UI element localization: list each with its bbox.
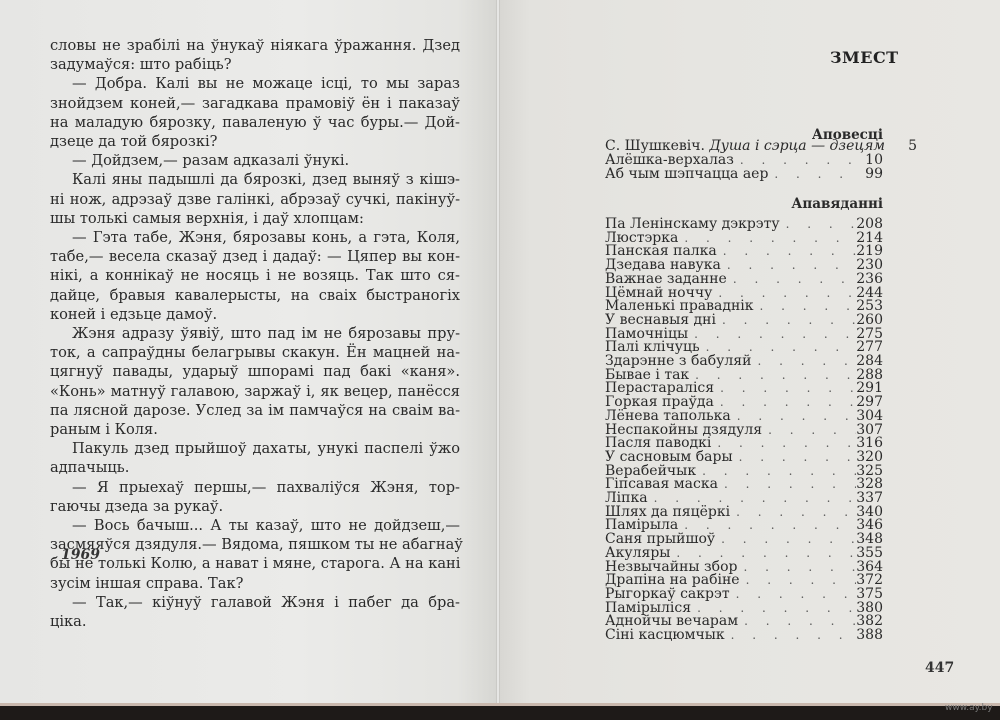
- toc-page-number: 5: [891, 138, 917, 154]
- toc-entry: Аб чым шэпчацца аер. . . . . . . . . . .…: [605, 166, 883, 182]
- text-line: — Я прыехаў першы,— пахваліўся Жэня, тор…: [50, 478, 460, 497]
- toc-page-number: 99: [857, 166, 883, 182]
- toc-entry-title: Аб чым шэпчацца аер: [605, 166, 768, 182]
- text-line: дайце, бравыя кавалерысты, на сваіх быст…: [50, 286, 460, 305]
- book-spread: словы не зрабілі на ўнукаў ніякага ўража…: [0, 0, 1000, 705]
- text-line: бы не толькі Колю, а нават і мяне, старо…: [50, 554, 460, 573]
- text-line: знойдзем коней,— загадкава прамовіў ён і…: [50, 94, 460, 113]
- watermark: www.ay.by: [945, 703, 993, 713]
- leader-dots: . . . . . . . . . . . . . . . . . .: [725, 627, 857, 643]
- page-bottom-edge: [0, 703, 1000, 706]
- text-line: Жэня адразу ўявіў, што пад ім не бярозав…: [50, 324, 460, 343]
- text-line: зусім іншая справа. Так?: [50, 574, 460, 593]
- leader-dots: . . . . . . . . . . . . . . . . . .: [768, 166, 857, 182]
- text-line: шы толькі самыя верхнія, і даў хлопцам:: [50, 209, 460, 228]
- text-line: — Дойдзем,— разам адказалі ўнукі.: [50, 151, 460, 170]
- text-line: па лясной дарозе. Услед за ім памчаўся н…: [50, 401, 460, 420]
- text-line: — Гэта табе, Жэня, бярозавы конь, а гэта…: [50, 228, 460, 247]
- toc-entry: Сіні касцюмчык. . . . . . . . . . . . . …: [605, 627, 883, 643]
- text-line: коней і едзьце дамоў.: [50, 305, 460, 324]
- toc-page-number: 388: [856, 627, 883, 643]
- text-line: гаючы дзеда за рукаў.: [50, 497, 460, 516]
- text-line: цягнуў павады, ударыў шпорамі пад бакі «…: [50, 362, 460, 381]
- text-line: табе,— весела сказаў дзед і дадаў: — Цяп…: [50, 247, 460, 266]
- text-line: ні нож, адрэзаў дзве галінкі, абрэзаў су…: [50, 190, 460, 209]
- toc-entry-title: Сіні касцюмчык: [605, 627, 725, 643]
- text-line: раным і Коля.: [50, 420, 460, 439]
- text-line: засмяяўся дзядуля.— Вядома, пяшком ты не…: [50, 535, 460, 554]
- text-line: Калі яны падышлі да бярозкі, дзед выняў …: [50, 170, 460, 189]
- text-line: ток, а сапраўдны белагрывы скакун. Ён ма…: [50, 343, 460, 362]
- text-line: — Так,— кіўнуў галавой Жэня і пабег да б…: [50, 593, 460, 612]
- text-line: нікі, а коннікаў не носяць і не возяць. …: [50, 266, 460, 285]
- toc-section-heading: Аповесці: [812, 127, 883, 143]
- text-line: — Вось бачыш... А ты казаў, што не дойдз…: [50, 516, 460, 535]
- text-line: на маладую бярозку, паваленую ў час буры…: [50, 113, 460, 132]
- year-mark: 1969: [61, 547, 100, 563]
- text-line: задумаўся: што рабіць?: [50, 55, 460, 74]
- text-line: Пакуль дзед прыйшоў дахаты, унукі паспел…: [50, 439, 460, 458]
- story-text: словы не зрабілі на ўнукаў ніякага ўража…: [50, 36, 460, 631]
- toc-title: ЗМЕСТ: [830, 48, 899, 67]
- page-number: 447: [925, 660, 954, 676]
- toc-section-heading: Апавяданні: [791, 196, 883, 212]
- text-line: словы не зрабілі на ўнукаў ніякага ўража…: [50, 36, 460, 55]
- text-line: «Конь» матнуў галавою, заржаў і, як веце…: [50, 382, 460, 401]
- left-page: словы не зрабілі на ўнукаў ніякага ўража…: [0, 0, 497, 705]
- text-line: дзеце да той бярозкі?: [50, 132, 460, 151]
- text-line: адпачыць.: [50, 458, 460, 477]
- text-line: — Добра. Калі вы не можаце ісці, то мы з…: [50, 74, 460, 93]
- text-line: ціка.: [50, 612, 460, 631]
